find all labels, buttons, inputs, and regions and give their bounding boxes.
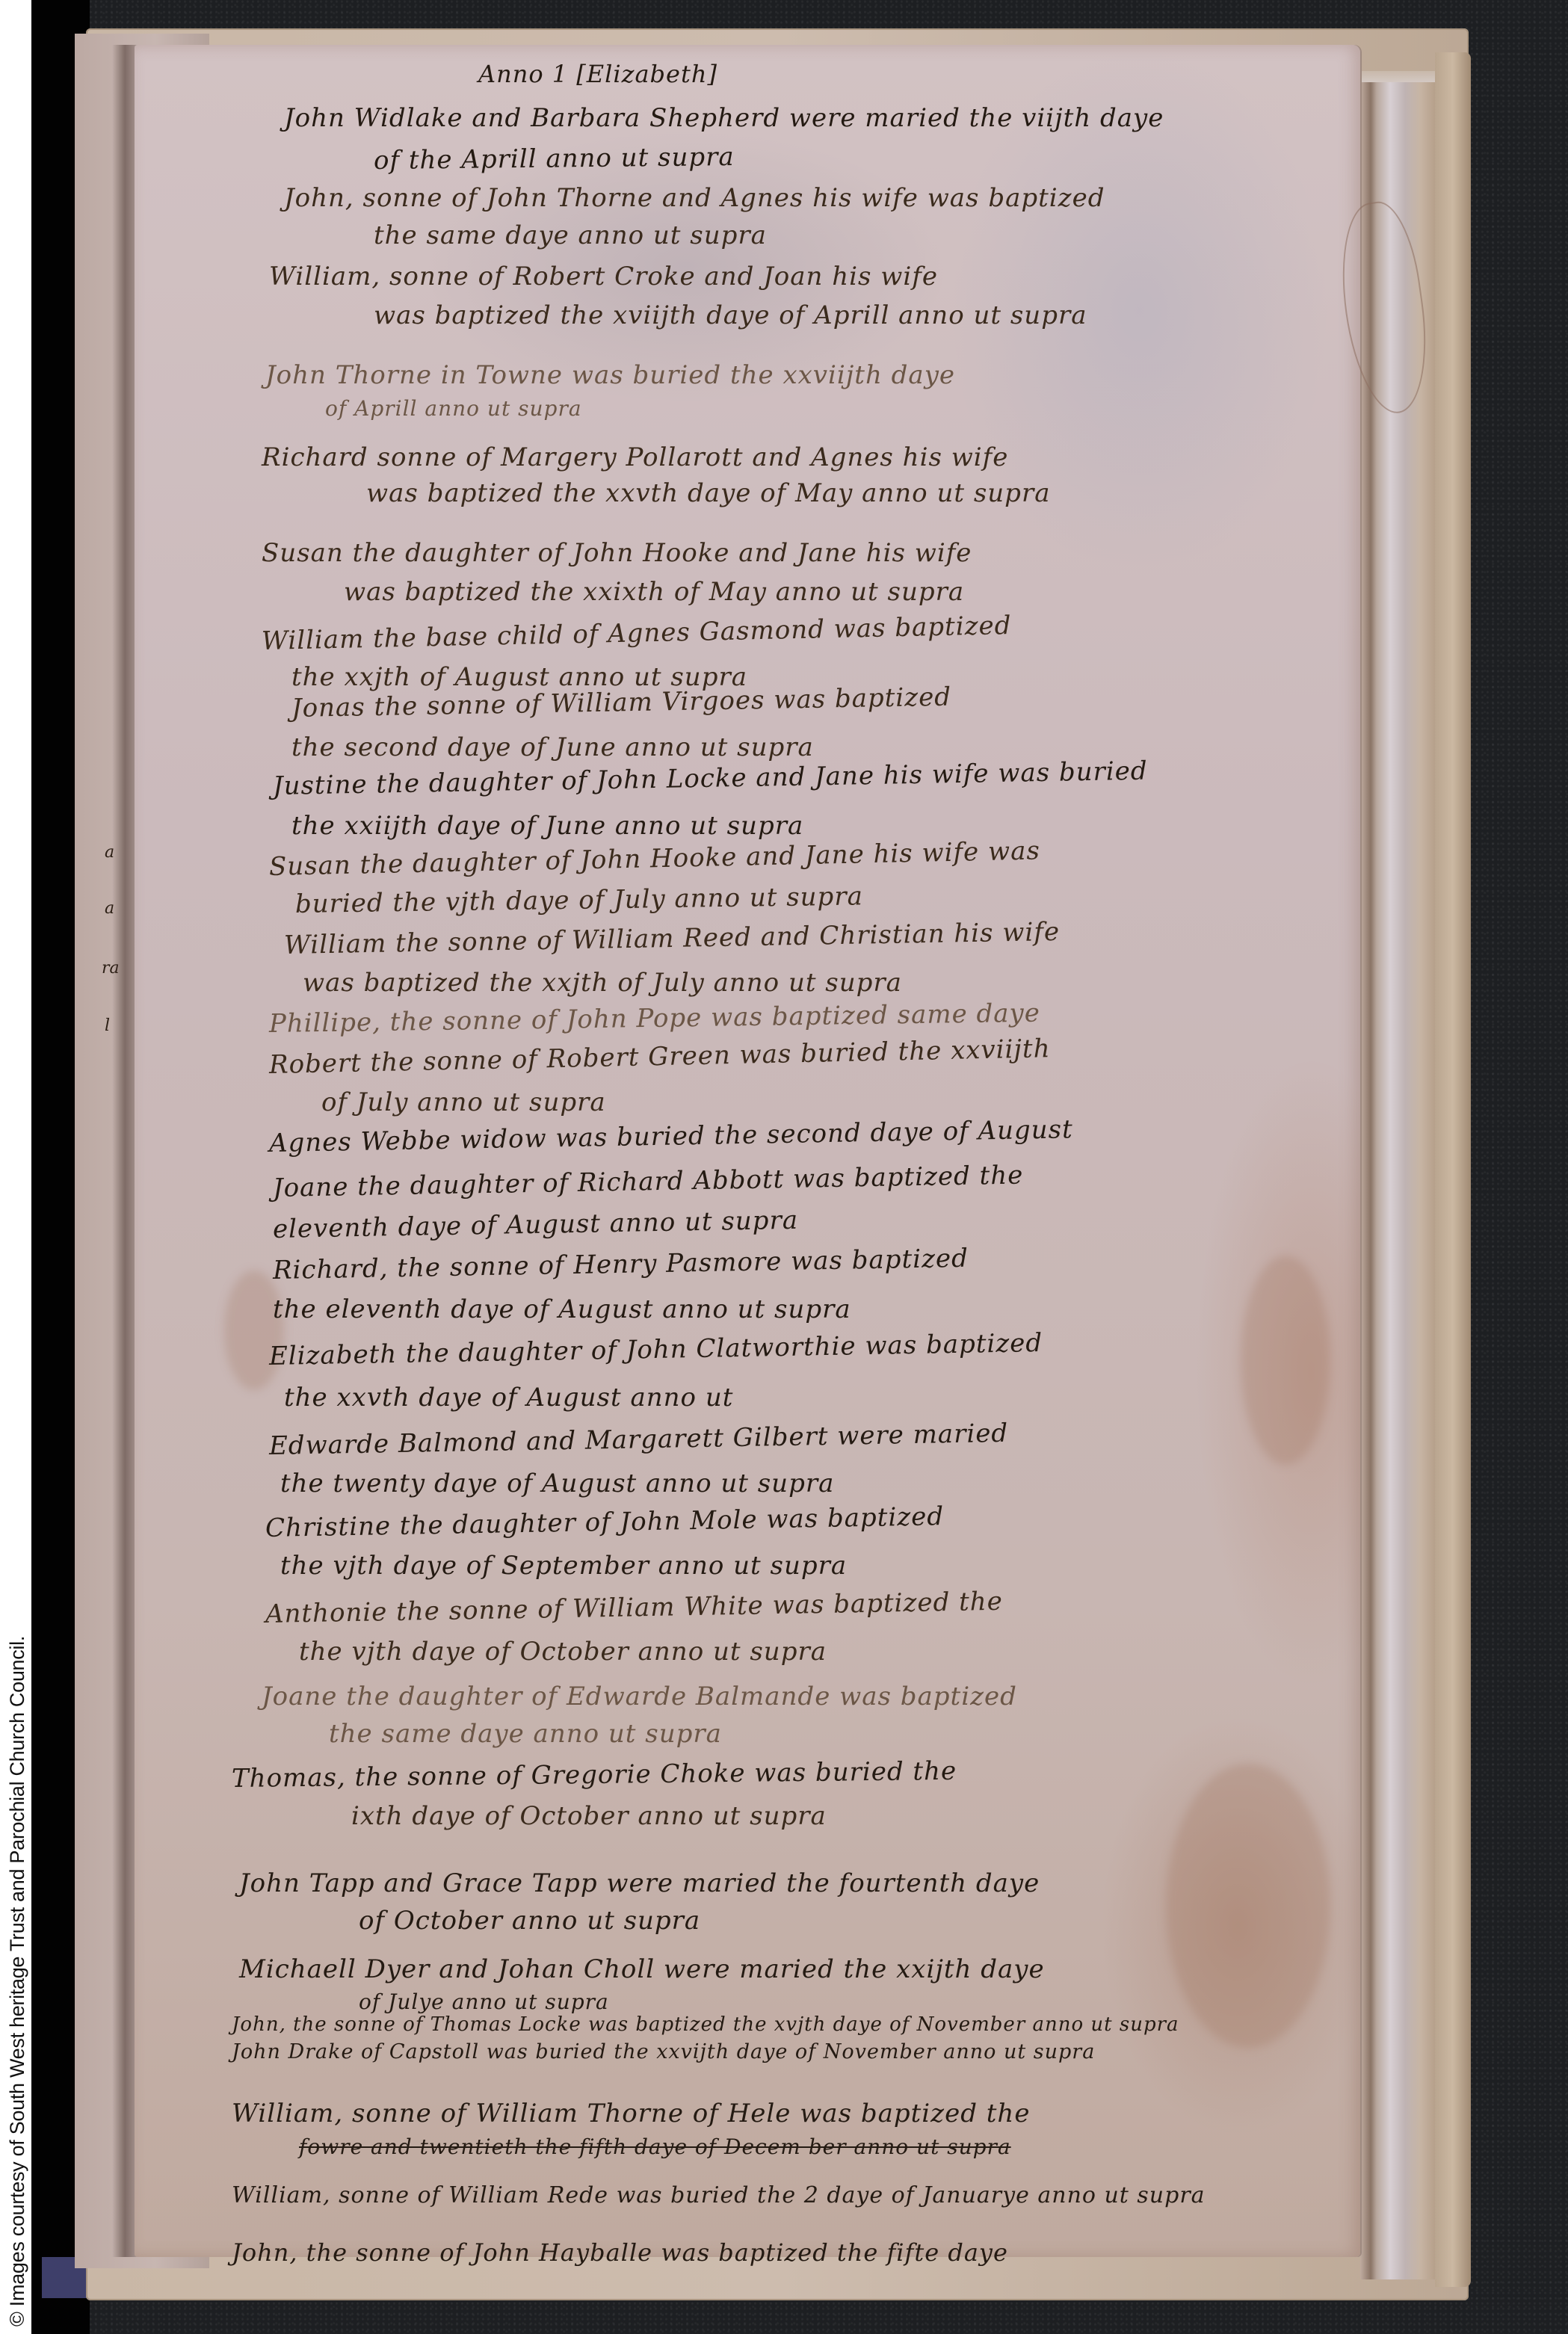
- entry-line: Susan the daughter of John Hooke and Jan…: [269, 836, 1041, 882]
- entry-line: the xxvth daye of August anno ut: [284, 1383, 733, 1413]
- entry-line: William, sonne of Robert Croke and Joan …: [269, 262, 938, 291]
- entry-line: was baptized the xxjth of July anno ut s…: [303, 968, 902, 998]
- entry-line: Justine the daughter of John Locke and J…: [273, 756, 1148, 801]
- entry-line: of July anno ut supra: [321, 1087, 606, 1117]
- entry-line: was baptized the xxixth of May anno ut s…: [344, 577, 964, 607]
- entry-line: Susan the daughter of John Hooke and Jan…: [262, 538, 972, 568]
- entry-line: was baptized the xxvth daye of May anno …: [366, 478, 1050, 508]
- entry-line: ixth daye of October anno ut supra: [351, 1801, 827, 1831]
- margin-fragment: l: [105, 1016, 110, 1035]
- entry-line: the eleventh daye of August anno ut supr…: [273, 1294, 851, 1324]
- entry-line: Phillipe, the sonne of John Pope was bap…: [269, 998, 1040, 1039]
- entry-line: Richard, the sonne of Henry Pasmore was …: [273, 1244, 969, 1285]
- entry-line: the vjth daye of October anno ut supra: [299, 1637, 827, 1667]
- entry-line: Robert the sonne of Robert Green was bur…: [269, 1034, 1051, 1080]
- entry-line: John Tapp and Grace Tapp were maried the…: [239, 1868, 1040, 1898]
- entry-line: of Julye anno ut supra: [359, 1989, 609, 2014]
- entry-line: John, sonne of John Thorne and Agnes his…: [284, 183, 1105, 213]
- entry-line: Joane the daughter of Edwarde Balmande w…: [262, 1682, 1017, 1711]
- entry-line: of October anno ut supra: [359, 1906, 700, 1936]
- entry-line: the xxiijth daye of June anno ut supra: [291, 811, 803, 841]
- entry-line: Christine the daughter of John Mole was …: [265, 1501, 945, 1543]
- register-heading: Anno 1 [Elizabeth]: [478, 60, 717, 88]
- entry-line: Edwarde Balmond and Margarett Gilbert we…: [269, 1418, 1009, 1461]
- entry-line: William, sonne of William Rede was burie…: [232, 2182, 1206, 2208]
- credit-strip: © Images courtesy of South West heritage…: [0, 0, 31, 2334]
- entry-line: eleventh daye of August anno ut supra: [273, 1205, 799, 1244]
- cover-right-edge: [1435, 52, 1471, 2287]
- entry-line: the second daye of June anno ut supra: [291, 732, 814, 762]
- entry-line: Thomas, the sonne of Gregorie Choke was …: [232, 1756, 957, 1794]
- entry-line: the same daye anno ut supra: [374, 220, 767, 250]
- entry-line: William the sonne of William Reed and Ch…: [284, 917, 1061, 960]
- entry-line: Michaell Dyer and Johan Choll were marie…: [239, 1954, 1045, 1984]
- entry-line: William the base child of Agnes Gasmond …: [262, 611, 1012, 656]
- register-entries: Anno 1 [Elizabeth] John Widlake and Barb…: [135, 45, 1360, 2257]
- entry-line: Richard sonne of Margery Pollarott and A…: [262, 442, 1008, 472]
- entry-line: the twenty daye of August anno ut supra: [280, 1469, 834, 1498]
- entry-line: the vjth daye of September anno ut supra: [280, 1551, 847, 1581]
- entry-line: Elizabeth the daughter of John Clatworth…: [269, 1328, 1043, 1371]
- entry-line: Agnes Webbe widow was buried the second …: [269, 1114, 1073, 1158]
- entry-line: John Drake of Capstoll was buried the xx…: [232, 2040, 1095, 2063]
- entry-line: William, sonne of William Thorne of Hele…: [232, 2099, 1030, 2128]
- entry-line: Joane the daughter of Richard Abbott was…: [273, 1160, 1024, 1203]
- entry-line: John Widlake and Barbara Shepherd were m…: [284, 103, 1164, 133]
- entry-line: was baptized the xviijth daye of Aprill …: [374, 300, 1087, 330]
- manuscript-page: Anno 1 [Elizabeth] John Widlake and Barb…: [135, 45, 1360, 2257]
- entry-line: John, the sonne of Thomas Locke was bapt…: [232, 2013, 1179, 2036]
- entry-line: buried the vjth daye of July anno ut sup…: [295, 881, 863, 919]
- entry-line: John, the sonne of John Hayballe was bap…: [232, 2238, 1008, 2267]
- entry-line: John Thorne in Towne was buried the xxvi…: [265, 360, 955, 390]
- entry-line: of the Aprill anno ut supra: [374, 142, 735, 176]
- entry-line: Anthonie the sonne of William White was …: [265, 1587, 1003, 1629]
- entry-line: the same daye anno ut supra: [329, 1719, 722, 1749]
- copyright-credit: © Images courtesy of South West heritage…: [6, 1636, 29, 2327]
- entry-line: of Aprill anno ut supra: [325, 396, 582, 421]
- entry-line-corrected: fowre and twentieth the fifth daye of De…: [299, 2134, 1011, 2159]
